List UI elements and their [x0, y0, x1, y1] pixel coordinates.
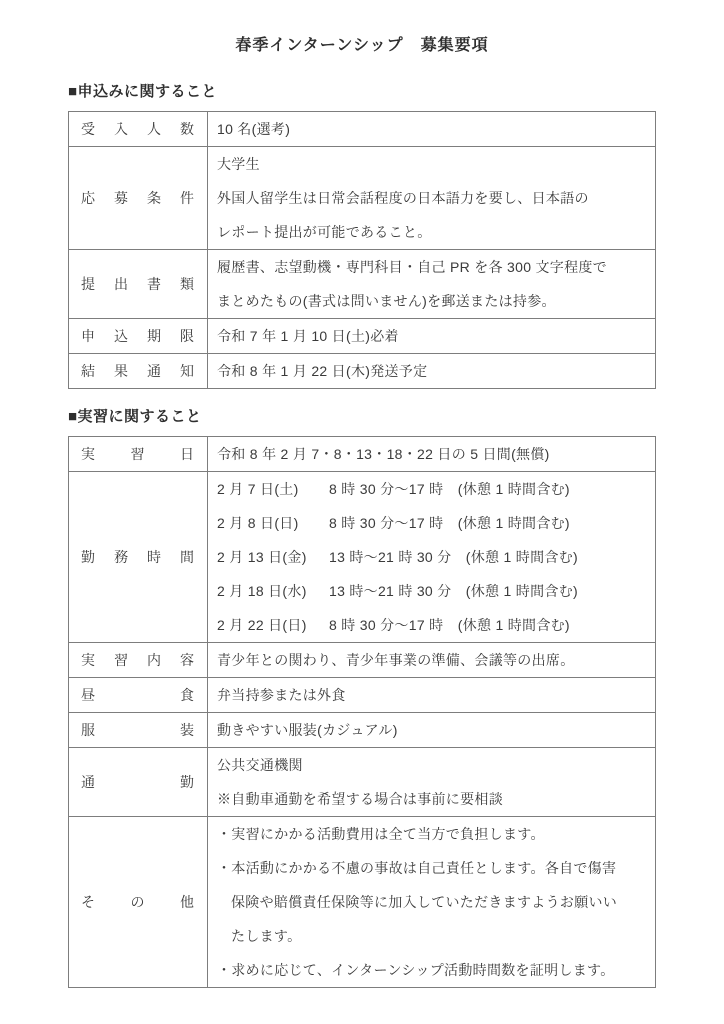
row-value: 10 名(選考): [208, 112, 656, 147]
schedule-date: 2 月 22 日(日): [217, 608, 329, 642]
schedule-line: 2 月 18 日(水)13 時～21 時 30 分 (休憩 1 時間含む): [217, 574, 646, 608]
row-value: 公共交通機関 ※自動車通勤を希望する場合は事前に要相談: [208, 748, 656, 817]
row-value: 弁当持参または外食: [208, 678, 656, 713]
table-row: その他 ・実習にかかる活動費用は全て当方で負担します。 ・本活動にかかる不慮の事…: [69, 817, 656, 988]
schedule-line: 2 月 7 日(土)8 時 30 分～17 時 (休憩 1 時間含む): [217, 472, 646, 506]
table-row: 申込期限 令和 7 年 1 月 10 日(土)必着: [69, 319, 656, 354]
document-page: 春季インターンシップ 募集要項 ■申込みに関すること 受入人数 10 名(選考)…: [0, 0, 724, 1024]
table-row: 提出書類 履歴書、志望動機・専門科目・自己 PR を各 300 文字程度で まと…: [69, 250, 656, 319]
value-line: たします。: [217, 919, 646, 953]
value-line: 保険や賠償責任保険等に加入していただきますようお願いい: [217, 885, 646, 919]
value-line: 履歴書、志望動機・専門科目・自己 PR を各 300 文字程度で: [217, 250, 646, 284]
row-label: 勤務時間: [69, 472, 208, 643]
table-row: 服装 動きやすい服装(カジュアル): [69, 713, 656, 748]
table-row: 結果通知 令和 8 年 1 月 22 日(木)発送予定: [69, 354, 656, 389]
row-label: 実習内容: [69, 643, 208, 678]
row-value: 令和 8 年 2 月 7・8・13・18・22 日の 5 日間(無償): [208, 437, 656, 472]
schedule-time: 8 時 30 分～17 時 (休憩 1 時間含む): [329, 617, 570, 633]
section-heading-application: ■申込みに関すること: [68, 82, 656, 102]
row-value: 青少年との関わり、青少年事業の準備、会議等の出席。: [208, 643, 656, 678]
row-label: 服装: [69, 713, 208, 748]
row-value: 令和 7 年 1 月 10 日(土)必着: [208, 319, 656, 354]
table-row: 実習内容 青少年との関わり、青少年事業の準備、会議等の出席。: [69, 643, 656, 678]
row-label: 通勤: [69, 748, 208, 817]
schedule-time: 8 時 30 分～17 時 (休憩 1 時間含む): [329, 481, 570, 497]
value-line: 動きやすい服装(カジュアル): [217, 713, 646, 747]
table-row: 実習日 令和 8 年 2 月 7・8・13・18・22 日の 5 日間(無償): [69, 437, 656, 472]
schedule-time: 13 時～21 時 30 分 (休憩 1 時間含む): [329, 583, 578, 599]
schedule-line: 2 月 8 日(日)8 時 30 分～17 時 (休憩 1 時間含む): [217, 506, 646, 540]
row-value: 動きやすい服装(カジュアル): [208, 713, 656, 748]
table-row: 勤務時間 2 月 7 日(土)8 時 30 分～17 時 (休憩 1 時間含む)…: [69, 472, 656, 643]
row-value: 大学生 外国人留学生は日常会話程度の日本語力を要し、日本語の レポート提出が可能…: [208, 147, 656, 250]
schedule-time: 13 時～21 時 30 分 (休憩 1 時間含む): [329, 549, 578, 565]
value-line: 大学生: [217, 147, 646, 181]
row-value: 2 月 7 日(土)8 時 30 分～17 時 (休憩 1 時間含む) 2 月 …: [208, 472, 656, 643]
schedule-date: 2 月 13 日(金): [217, 540, 329, 574]
schedule-date: 2 月 8 日(日): [217, 506, 329, 540]
row-label: その他: [69, 817, 208, 988]
value-line: 10 名(選考): [217, 112, 646, 146]
value-line: 外国人留学生は日常会話程度の日本語力を要し、日本語の: [217, 181, 646, 215]
value-line: まとめたもの(書式は問いません)を郵送または持参。: [217, 284, 646, 318]
row-label: 実習日: [69, 437, 208, 472]
row-label: 結果通知: [69, 354, 208, 389]
table-row: 昼食 弁当持参または外食: [69, 678, 656, 713]
table-row: 受入人数 10 名(選考): [69, 112, 656, 147]
value-line: ・本活動にかかる不慮の事故は自己責任とします。各自で傷害: [217, 851, 646, 885]
value-line: ※自動車通勤を希望する場合は事前に要相談: [217, 782, 646, 816]
value-line: 令和 7 年 1 月 10 日(土)必着: [217, 319, 646, 353]
schedule-date: 2 月 7 日(土): [217, 472, 329, 506]
row-value: ・実習にかかる活動費用は全て当方で負担します。 ・本活動にかかる不慮の事故は自己…: [208, 817, 656, 988]
row-value: 履歴書、志望動機・専門科目・自己 PR を各 300 文字程度で まとめたもの(…: [208, 250, 656, 319]
application-table: 受入人数 10 名(選考) 応募条件 大学生 外国人留学生は日常会話程度の日本語…: [68, 111, 656, 389]
value-line: 令和 8 年 1 月 22 日(木)発送予定: [217, 354, 646, 388]
schedule-line: 2 月 13 日(金)13 時～21 時 30 分 (休憩 1 時間含む): [217, 540, 646, 574]
schedule-date: 2 月 18 日(水): [217, 574, 329, 608]
row-label: 申込期限: [69, 319, 208, 354]
row-label: 提出書類: [69, 250, 208, 319]
schedule-line: 2 月 22 日(日)8 時 30 分～17 時 (休憩 1 時間含む): [217, 608, 646, 642]
row-label: 昼食: [69, 678, 208, 713]
table-row: 応募条件 大学生 外国人留学生は日常会話程度の日本語力を要し、日本語の レポート…: [69, 147, 656, 250]
value-line: レポート提出が可能であること。: [217, 215, 646, 249]
value-line: 青少年との関わり、青少年事業の準備、会議等の出席。: [217, 643, 646, 677]
value-line: 令和 8 年 2 月 7・8・13・18・22 日の 5 日間(無償): [217, 437, 646, 471]
value-line: 弁当持参または外食: [217, 678, 646, 712]
row-label: 応募条件: [69, 147, 208, 250]
row-label: 受入人数: [69, 112, 208, 147]
schedule-time: 8 時 30 分～17 時 (休憩 1 時間含む): [329, 515, 570, 531]
table-row: 通勤 公共交通機関 ※自動車通勤を希望する場合は事前に要相談: [69, 748, 656, 817]
row-value: 令和 8 年 1 月 22 日(木)発送予定: [208, 354, 656, 389]
page-title: 春季インターンシップ 募集要項: [68, 36, 656, 56]
training-table: 実習日 令和 8 年 2 月 7・8・13・18・22 日の 5 日間(無償) …: [68, 436, 656, 988]
section-heading-training: ■実習に関すること: [68, 407, 656, 427]
value-line: ・実習にかかる活動費用は全て当方で負担します。: [217, 817, 646, 851]
value-line: ・求めに応じて、インターンシップ活動時間数を証明します。: [217, 953, 646, 987]
value-line: 公共交通機関: [217, 748, 646, 782]
